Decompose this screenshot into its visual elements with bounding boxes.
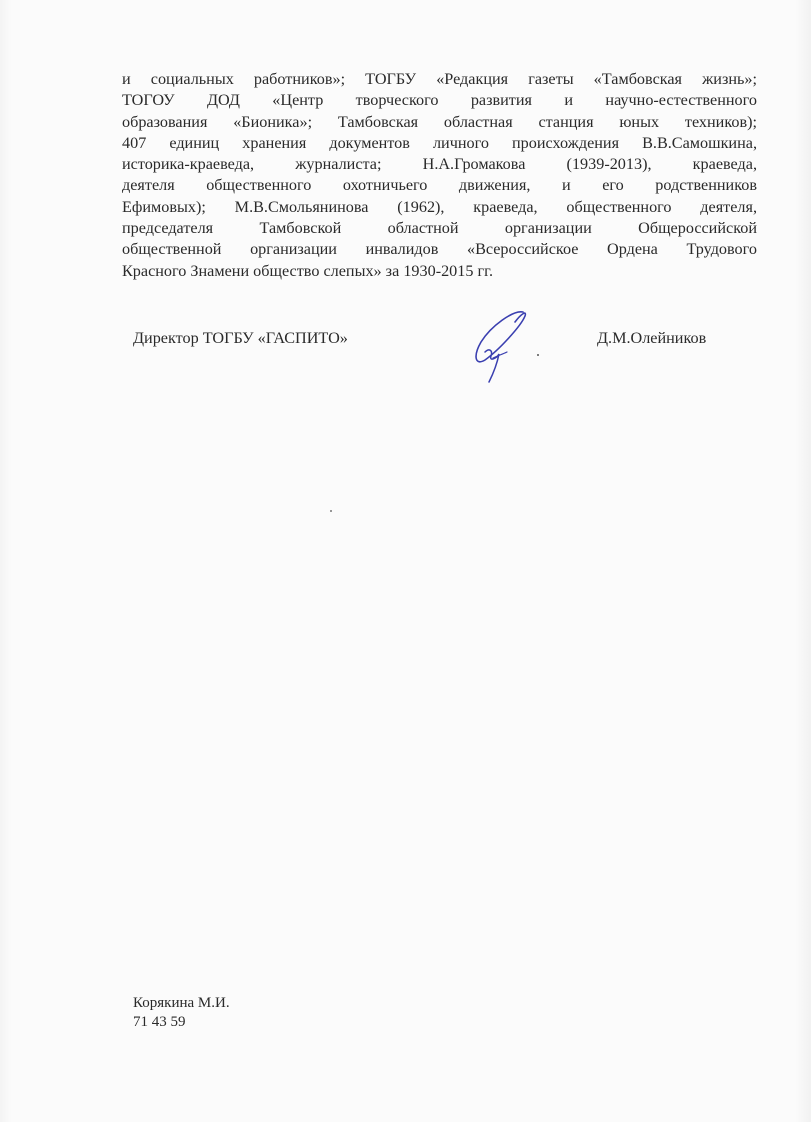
body-line: историка-краеведа, журналиста; Н.А.Грома… [122,154,757,175]
signatory-name: Д.М.Олейников [597,329,706,348]
signatory-title: Директор ТОГБУ «ГАСПИТО» [133,329,348,348]
document-body-paragraph: и социальных работников»; ТОГБУ «Редакци… [122,69,757,282]
contact-name: Корякина М.И. [133,994,230,1013]
body-line: ТОГОУ ДОД «Центр творческого развития и … [122,90,757,111]
body-line: образования «Бионика»; Тамбовская област… [122,112,757,133]
contact-phone: 71 43 59 [133,1013,230,1032]
scan-speck [330,510,332,512]
body-line: и социальных работников»; ТОГБУ «Редакци… [122,69,757,90]
ink-dot [537,354,539,356]
body-line: деятеля общественного охотничьего движен… [122,175,757,196]
body-line: общественной организации инвалидов «Всер… [122,239,757,260]
body-line: 407 единиц хранения документов личного п… [122,133,757,154]
contact-block: Корякина М.И. 71 43 59 [133,994,230,1032]
body-line: Красного Знамени общество слепых» за 193… [122,261,757,282]
body-line: председателя Тамбовской областной органи… [122,218,757,239]
body-line: Ефимовых); М.В.Смольянинова (1962), крае… [122,197,757,218]
handwritten-signature-icon [463,308,553,388]
